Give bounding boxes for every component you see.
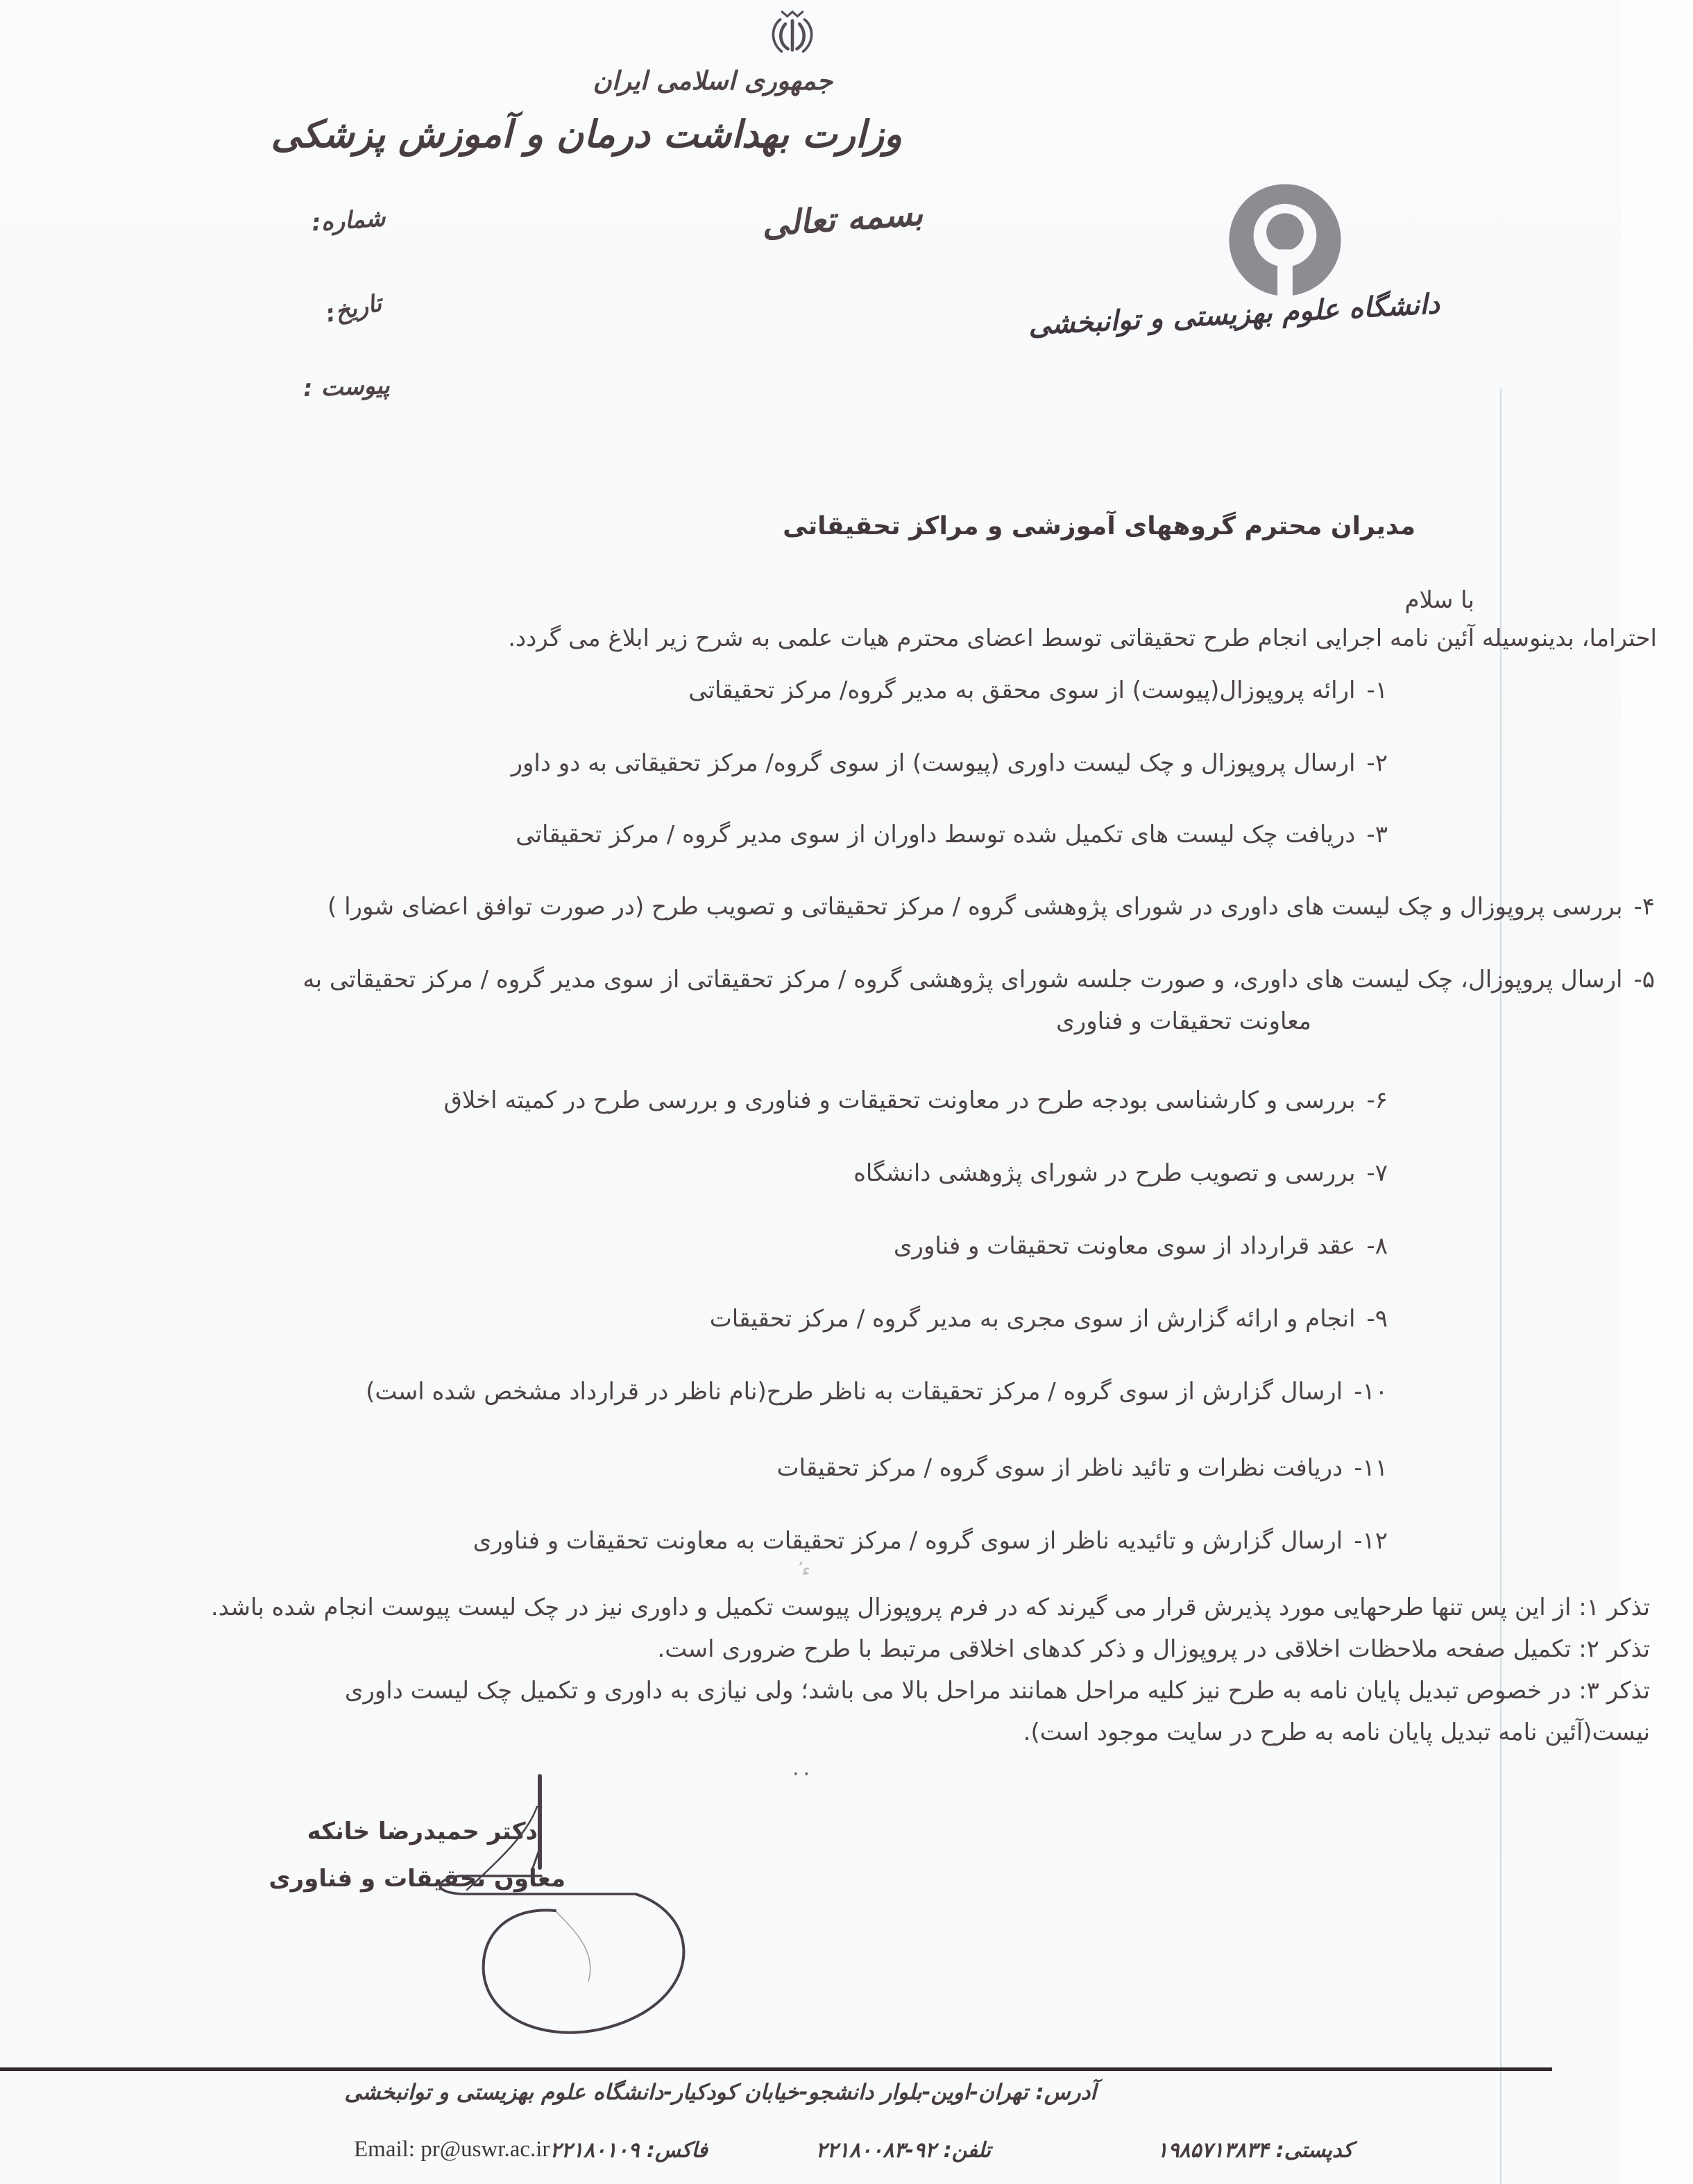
scan-dots-artifact: ·· — [792, 1762, 814, 1786]
republic-heading: جمهوری اسلامی ایران — [611, 66, 833, 96]
phone-label: تلفن: — [944, 2138, 991, 2162]
ink-smudge-artifact: ء٬ — [794, 1558, 813, 1582]
item-text: ارسال پروپوزال و چک لیست داوری (پیوست) ا… — [511, 749, 1356, 777]
intro-paragraph: احتراما، بدینوسیله آئین نامه اجرایی انجا… — [508, 624, 1657, 652]
item-number: ۶- — [1366, 1086, 1388, 1114]
list-item-11: ۱۱-دریافت نظرات و تائید ناظر از سوی گروه… — [777, 1454, 1388, 1482]
item-text: دریافت نظرات و تائید ناظر از سوی گروه / … — [777, 1454, 1343, 1482]
footer-email: Email: pr@uswr.ac.ir — [354, 2137, 550, 2162]
footer-divider — [0, 2067, 1552, 2071]
list-item-7: ۷-بررسی و تصویب طرح در شورای پژوهشی دانش… — [853, 1159, 1388, 1187]
fax-value: ۲۲۱۸۰۱۰۹ — [550, 2138, 640, 2162]
footer-address: آدرس: تهران-اوین-بلوار دانشجو-خیابان کود… — [416, 2080, 1096, 2105]
scan-line-artifact — [1500, 389, 1501, 2184]
note-1: تذکر ۱: از این پس تنها طرحهایی مورد پذیر… — [211, 1594, 1650, 1621]
postal-value: ۱۹۸۵۷۱۳۸۳۴ — [1157, 2138, 1268, 2162]
item-text: بررسی و تصویب طرح در شورای پژوهشی دانشگا… — [853, 1159, 1355, 1187]
item-number: ۱۲- — [1354, 1527, 1388, 1555]
recipient-line: مدیران محترم گروههای آموزشی و مراکز تحقی… — [783, 512, 1415, 540]
item-number: ۲- — [1366, 749, 1388, 777]
list-item-10: ۱۰-ارسال گزارش از سوی گروه / مرکز تحقیقا… — [366, 1378, 1388, 1406]
item-number: ۱- — [1366, 676, 1388, 704]
item-text: بررسی و کارشناسی بودجه طرح در معاونت تحق… — [443, 1086, 1355, 1114]
item-number: ۳- — [1366, 821, 1388, 848]
list-item-5: ۵-ارسال پروپوزال، چک لیست های داوری، و ص… — [303, 966, 1655, 993]
footer-fax: فاکس: ۲۲۱۸۰۱۰۹ — [550, 2138, 708, 2162]
note-3-cont: نیست(آئین نامه تبدیل پایان نامه به طرح د… — [1023, 1718, 1650, 1746]
uswr-logo-icon — [1227, 182, 1343, 298]
note-3: تذکر ۳: در خصوص تبدیل پایان نامه به طرح … — [345, 1677, 1650, 1705]
item-number: ۸- — [1366, 1232, 1388, 1260]
date-field-label: تاریخ: — [323, 289, 384, 328]
list-item-4: ۴-بررسی پروپوزال و چک لیست های داوری در … — [327, 893, 1655, 921]
item-text: انجام و ارائه گزارش از سوی مجری به مدیر … — [710, 1305, 1356, 1333]
list-item-5-continuation: معاونت تحقیقات و فناوری — [1056, 1007, 1311, 1035]
list-item-2: ۲-ارسال پروپوزال و چک لیست داوری (پیوست)… — [511, 749, 1388, 777]
phone-value: ۲۲۱۸۰۰۸۳-۹۲ — [816, 2138, 937, 2162]
item-text: بررسی پروپوزال و چک لیست های داوری در شو… — [327, 893, 1622, 921]
number-field-label: شماره: — [310, 204, 386, 237]
item-text: عقد قرارداد از سوی معاونت تحقیقات و فناو… — [894, 1232, 1356, 1260]
list-item-9: ۹-انجام و ارائه گزارش از سوی مجری به مدی… — [710, 1305, 1388, 1333]
item-number: ۵- — [1633, 966, 1655, 993]
university-name: دانشگاه علوم بهزیستی و توانبخشی — [1155, 288, 1440, 334]
footer-postal: کدپستی: ۱۹۸۵۷۱۳۸۳۴ — [1157, 2138, 1353, 2162]
list-item-1: ۱-ارائه پروپوزال(پیوست) از سوی محقق به م… — [688, 676, 1388, 704]
item-number: ۷- — [1366, 1159, 1388, 1187]
list-item-3: ۳-دریافت چک لیست های تکمیل شده توسط داور… — [516, 821, 1388, 848]
ministry-heading: وزارت بهداشت درمان و آموزش پزشکی — [486, 112, 902, 156]
item-text: ارسال گزارش از سوی گروه / مرکز تحقیقات ب… — [366, 1378, 1343, 1406]
item-text: دریافت چک لیست های تکمیل شده توسط داوران… — [516, 821, 1355, 848]
email-label: Email: — [354, 2137, 415, 2162]
email-value: pr@uswr.ac.ir — [420, 2137, 550, 2162]
list-item-6: ۶-بررسی و کارشناسی بودجه طرح در معاونت ت… — [443, 1086, 1388, 1114]
scan-edge-strip — [1621, 0, 1693, 2184]
item-number: ۱۱- — [1354, 1454, 1388, 1482]
fax-label: فاکس: — [647, 2138, 708, 2162]
footer-phone: تلفن: ۲۲۱۸۰۰۸۳-۹۲ — [816, 2138, 991, 2162]
list-item-12: ۱۲-ارسال گزارش و تائیدیه ناظر از سوی گرو… — [473, 1527, 1388, 1555]
item-text: ارائه پروپوزال(پیوست) از سوی محقق به مدی… — [688, 676, 1355, 704]
iran-allah-emblem-icon — [760, 4, 824, 68]
item-text: ارسال گزارش و تائیدیه ناظر از سوی گروه /… — [473, 1527, 1343, 1555]
list-item-8: ۸-عقد قرارداد از سوی معاونت تحقیقات و فن… — [894, 1232, 1388, 1260]
salutation: با سلام — [1405, 586, 1474, 614]
scanned-letter-page: جمهوری اسلامی ایران وزارت بهداشت درمان و… — [0, 0, 1693, 2184]
handwritten-signature-icon — [325, 1771, 783, 2048]
item-text: ارسال پروپوزال، چک لیست های داوری، و صور… — [303, 966, 1622, 993]
item-number: ۱۰- — [1354, 1378, 1388, 1406]
besmellah-heading: بسمه تعالی — [760, 194, 924, 244]
note-2: تذکر ۲: تکمیل صفحه ملاحظات اخلاقی در پرو… — [657, 1635, 1650, 1663]
item-number: ۹- — [1366, 1305, 1388, 1333]
item-number: ۴- — [1633, 893, 1655, 921]
postal-label: کدپستی: — [1276, 2138, 1353, 2162]
attachment-field-label: پیوست : — [303, 372, 391, 402]
